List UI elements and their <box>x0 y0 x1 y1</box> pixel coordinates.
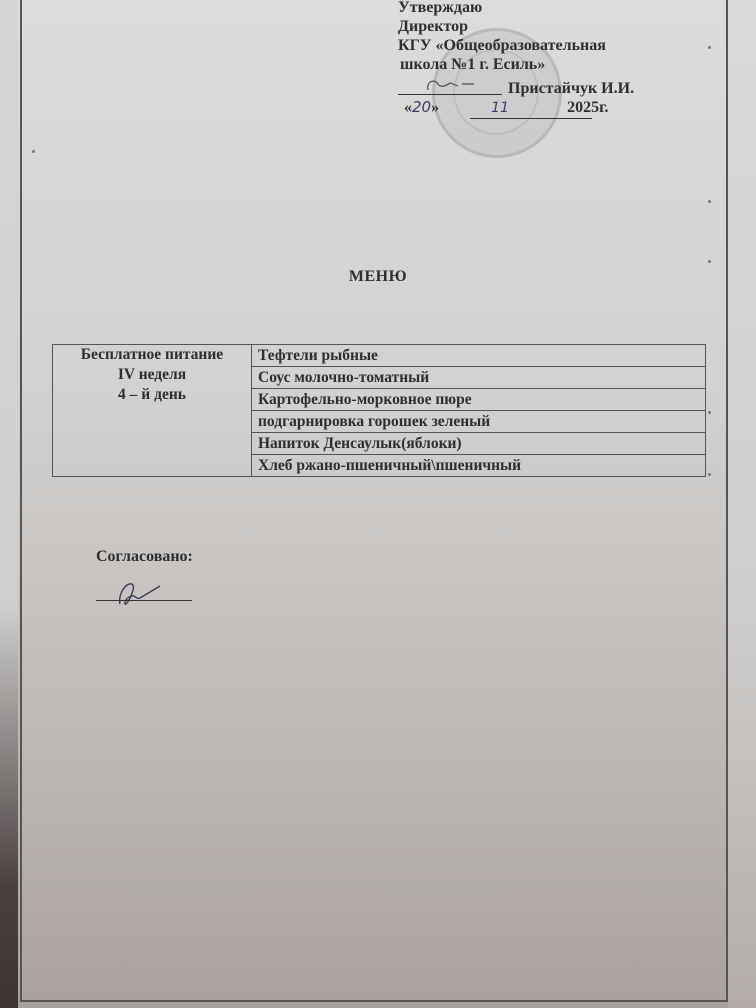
date-quote-close: » <box>431 98 439 117</box>
speck <box>708 411 711 414</box>
speck <box>708 260 711 263</box>
agreed-signature-icon <box>118 578 178 608</box>
agreed-label: Согласовано: <box>96 548 193 566</box>
approval-line-school: школа №1 г. Есиль» <box>398 55 634 74</box>
speck <box>708 46 711 49</box>
photo-background-left <box>0 0 18 1008</box>
approval-block: Утверждаю Директор КГУ «Общеобразователь… <box>398 0 634 118</box>
approval-line-organization: КГУ «Общеобразовательная <box>398 36 634 55</box>
speck <box>708 473 711 476</box>
agreed-signature-underline <box>96 600 192 601</box>
signature-underline <box>398 94 502 95</box>
menu-item: Соус молочно-томатный <box>252 367 706 389</box>
menu-item: Тефтели рыбные <box>252 345 706 367</box>
table-row: Бесплатное питание IV неделя 4 – й день … <box>53 345 706 367</box>
meal-group-cell: Бесплатное питание IV неделя 4 – й день <box>53 345 252 477</box>
speck <box>32 150 35 153</box>
date-quote-open: « <box>404 98 412 117</box>
day-label: 4 – й день <box>59 385 245 405</box>
meal-type: Бесплатное питание <box>59 345 245 365</box>
approval-signatory: Пристайчук И.И. <box>508 79 634 98</box>
speck <box>708 200 711 203</box>
approval-line-approve: Утверждаю <box>398 0 634 17</box>
approval-date-year: 2025г. <box>561 98 608 117</box>
page-title: МЕНЮ <box>0 268 756 286</box>
menu-item: Картофельно-морковное пюре <box>252 389 706 411</box>
photo-background-right <box>728 0 756 1008</box>
date-month-underline <box>470 118 592 119</box>
approval-date-row: « 20 » 11 2025г. <box>398 98 634 118</box>
approval-date-month: 11 <box>439 99 561 118</box>
menu-item: подгарнировка горошек зеленый <box>252 411 706 433</box>
menu-table: Бесплатное питание IV неделя 4 – й день … <box>52 344 706 477</box>
approval-date-day: 20 <box>412 98 431 117</box>
menu-item: Хлеб ржано-пшеничный\пшеничный <box>252 455 706 477</box>
menu-item: Напиток Денсаулык(яблоки) <box>252 433 706 455</box>
week-label: IV неделя <box>59 365 245 385</box>
page-frame <box>20 0 728 1002</box>
approval-line-position: Директор <box>398 17 634 36</box>
director-signature-icon <box>398 74 508 93</box>
